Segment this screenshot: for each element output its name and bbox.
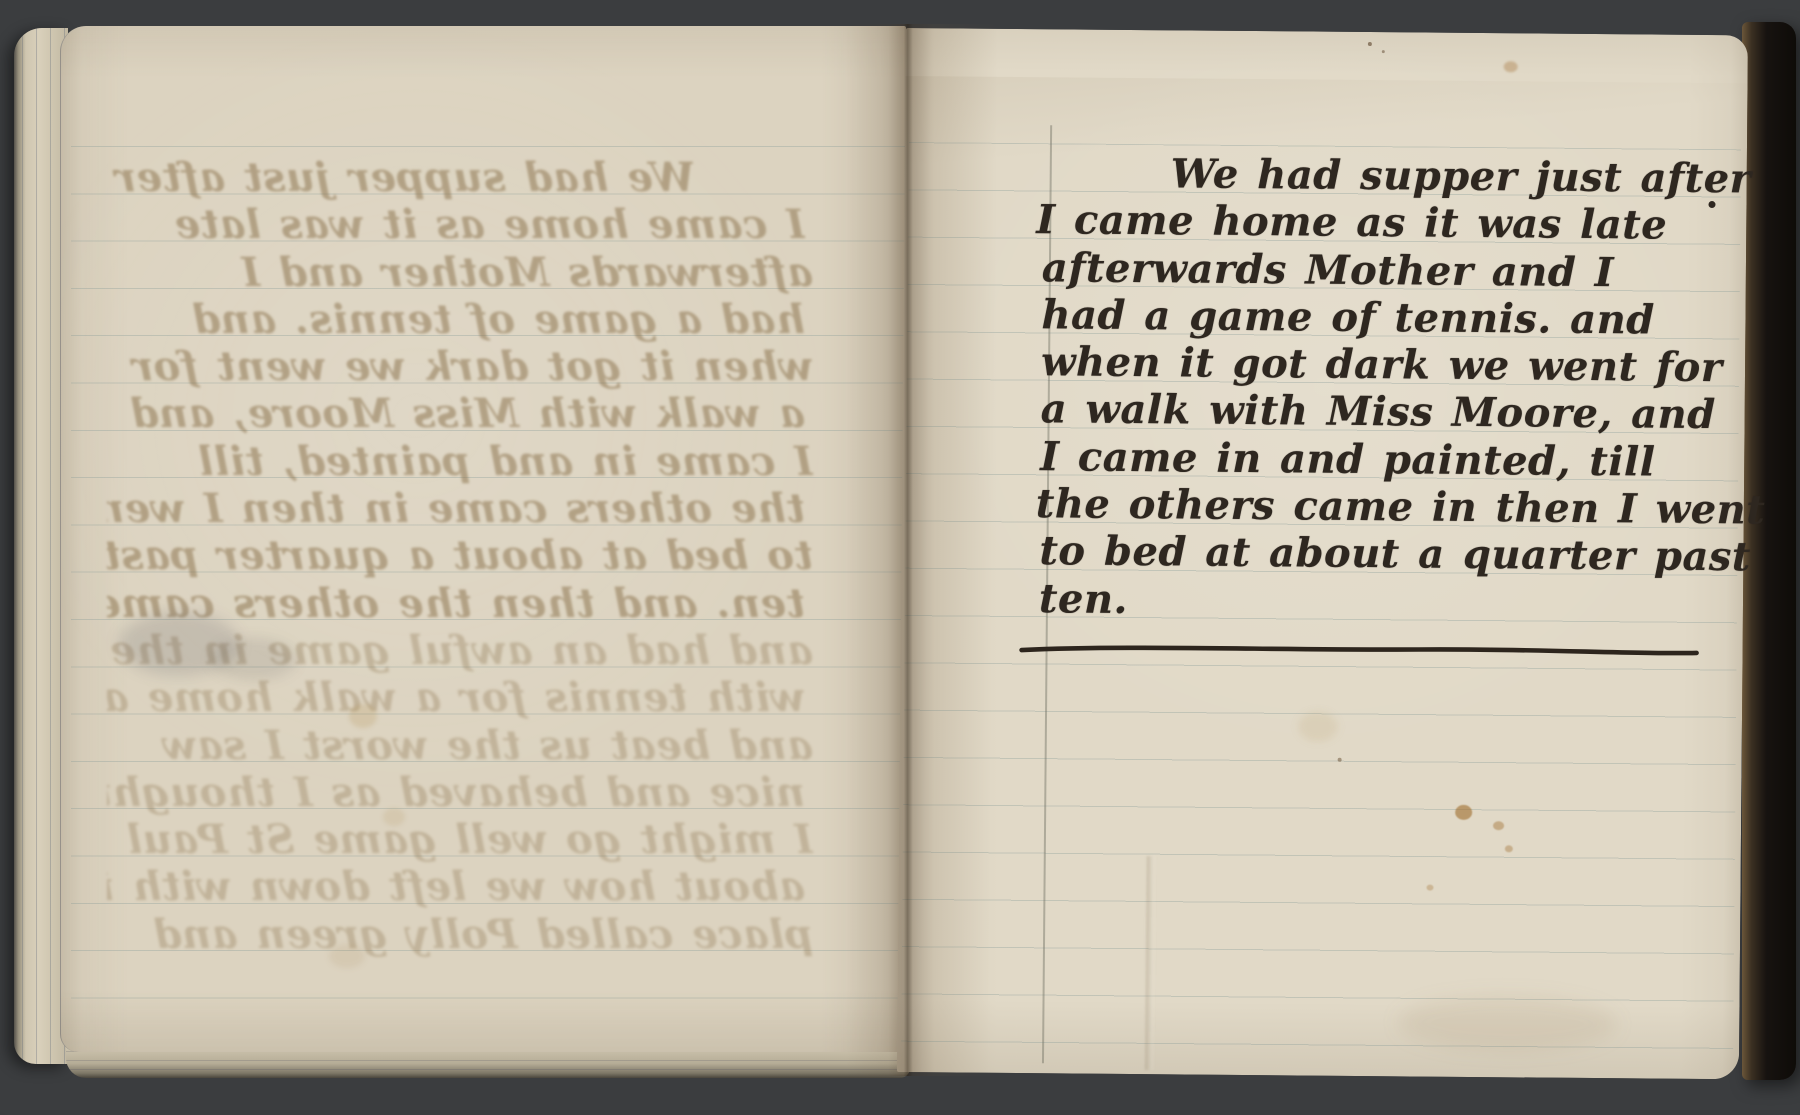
stray-ink-dot [1708, 201, 1715, 208]
entry-line: We had supper just after [1043, 149, 1743, 202]
showthrough-line: and beat us the worst I saw [107, 722, 813, 769]
entry-line: I came home as it was late [1036, 196, 1742, 249]
entry-line: to bed at about a quarter past [1039, 528, 1739, 581]
entry-line: I came in and painted, till [1040, 433, 1740, 486]
diary-photograph: We had supper just afterI came home as i… [0, 0, 1800, 1115]
showthrough-line: to bed at about a quarter past [107, 532, 813, 579]
right-page: We had supper just afterI came home as i… [897, 28, 1748, 1079]
entry-line: afterwards Mother and I [1042, 244, 1742, 297]
ink-speck [1368, 42, 1372, 46]
stain-spot [1504, 61, 1518, 72]
ink-speck [1382, 50, 1385, 53]
entry-line: a walk with Miss Moore, and [1040, 386, 1740, 439]
left-page: We had supper just afterI came home as i… [60, 26, 906, 1052]
entry-line: ten. [1039, 575, 1739, 628]
showthrough-line: nice and behaved as I thought [107, 769, 805, 816]
showthrough-line: We had supper just after [107, 154, 813, 201]
entry-line: had a game of tennis. and [1041, 291, 1741, 344]
showthrough-line: I came in and painted, till [107, 438, 813, 485]
showthrough-line: afterwards Mother and I [107, 249, 813, 296]
ink-showthrough: We had supper just afterI came home as i… [107, 154, 813, 958]
showthrough-line: had a game of tennis. and [107, 296, 805, 343]
showthrough-line: ten. and then the others came [107, 580, 805, 627]
diary-entry: We had supper just afterI came home as i… [1039, 149, 1743, 628]
showthrough-line: place called Polly green and [107, 911, 813, 958]
showthrough-line: with tennis for a walk home and [107, 674, 805, 721]
showthrough-line: I came home as it was late [107, 201, 805, 248]
showthrough-line: a walk with Miss Moore, and [107, 390, 805, 437]
showthrough-line: I might go well game St Paul [107, 816, 813, 863]
entry-line: the others came in then I went [1036, 480, 1740, 533]
entry-line: when it got dark we went for [1041, 338, 1741, 391]
showthrough-line: and had an awful game in the Park [107, 627, 813, 674]
showthrough-line: when it got dark we went for [107, 343, 813, 390]
showthrough-line: about how we left down with it [107, 863, 805, 910]
showthrough-line: the others came in then I went [107, 485, 805, 532]
